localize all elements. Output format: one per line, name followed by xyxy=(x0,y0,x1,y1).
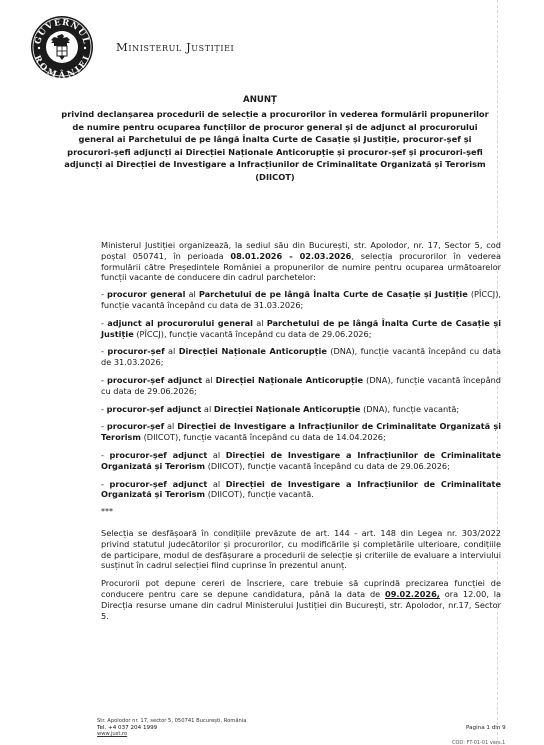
application-paragraph: Procurorii pot depune cereri de înscrier… xyxy=(101,578,501,621)
government-seal-icon: GUVERNUL ROMÂNIEI xyxy=(30,15,94,79)
intro-paragraph: Ministerul Justiției organizează, la sed… xyxy=(101,240,501,283)
position-item: - procuror-șef adjunct al Direcției de I… xyxy=(101,479,501,501)
position-item: - procuror general al Parchetului de pe … xyxy=(101,289,501,311)
letterhead: GUVERNUL ROMÂNIEI Ministerul Justiției xyxy=(30,12,234,82)
footer-contact: Str. Apolodor nr. 17, sector 5, 050741 B… xyxy=(97,718,246,738)
document-body: Ministerul Justiției organizează, la sed… xyxy=(101,240,501,628)
position-item: - procuror-șef adjunct al Direcției Nați… xyxy=(101,375,501,397)
positions-list: - procuror general al Parchetului de pe … xyxy=(101,289,501,500)
document-code: COD: FT-01-01 vers.1 xyxy=(452,740,505,745)
document-subtitle: privind declanșarea procedurii de selecț… xyxy=(60,108,490,184)
footer-phone: Tel. +4 037 204 1999 xyxy=(97,725,246,732)
position-item: - adjunct al procurorului general al Par… xyxy=(101,318,501,340)
ministry-name: Ministerul Justiției xyxy=(116,40,234,54)
footer-address: Str. Apolodor nr. 17, sector 5, 050741 B… xyxy=(97,718,246,725)
position-item: - procuror-șef adjunct al Direcției de I… xyxy=(101,450,501,472)
page-number: Pagina 1 din 9 xyxy=(466,725,506,731)
position-item: - procuror-șef al Direcției Naționale An… xyxy=(101,346,501,368)
document-page: GUVERNUL ROMÂNIEI Ministerul Justiției A… xyxy=(0,0,544,745)
position-item: - procuror-șef adjunct al Direcției Nați… xyxy=(101,404,501,415)
footer-website-link[interactable]: www.just.ro xyxy=(97,731,246,738)
position-item: - procuror-șef al Direcției de Investiga… xyxy=(101,421,501,443)
selection-paragraph: Selecția se desfășoară în condițiile pre… xyxy=(101,528,501,571)
document-title: ANUNȚ xyxy=(60,95,460,105)
separator: *** xyxy=(101,507,501,518)
